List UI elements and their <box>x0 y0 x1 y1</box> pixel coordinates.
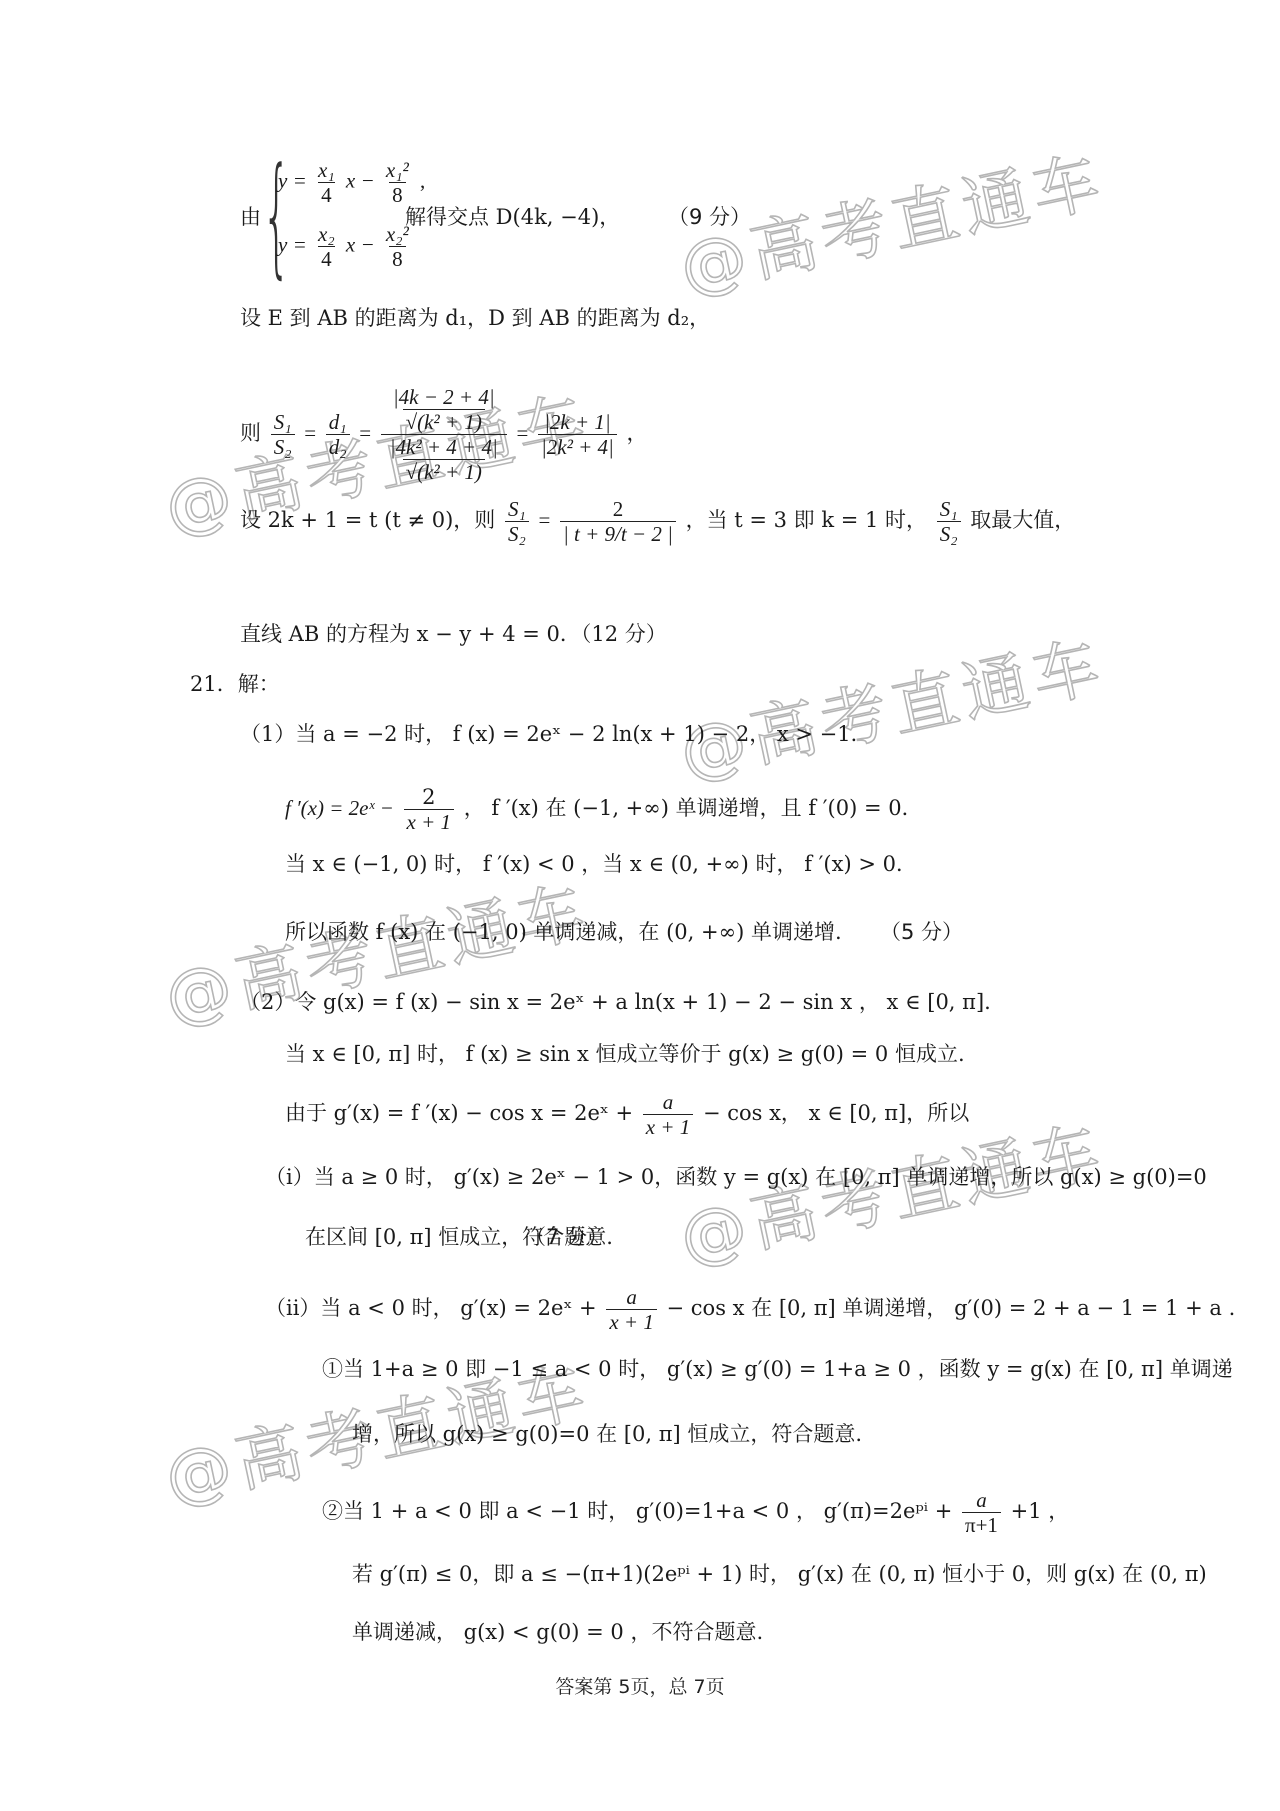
part2-line2: 当 x ∈ [0, π] 时， f (x) ≥ sin x 恒成立等价于 g(x… <box>285 1040 965 1068</box>
intersection-result: 解得交点 D(4k, −4)， <box>405 203 620 231</box>
system-lead: 由 <box>240 203 261 231</box>
part1-conclusion: 所以函数 f (x) 在 (−1, 0) 单调递减，在 (0, +∞) 单调递增… <box>285 918 842 946</box>
score-5: （5 分） <box>880 918 963 946</box>
subcase-1-line1: ①当 1+a ≥ 0 即 −1 ≤ a < 0 时， g′(x) ≥ g′(0)… <box>322 1355 1233 1383</box>
part1-sign: 当 x ∈ (−1, 0) 时， f ′(x) < 0 ，当 x ∈ (0, +… <box>285 850 917 878</box>
part1-line1: （1）当 a = −2 时， f (x) = 2eˣ − 2 ln(x + 1)… <box>240 720 872 748</box>
score-9: （9 分） <box>668 203 751 231</box>
case-i-line1: （i）当 a ≥ 0 时， g′(x) ≥ 2eˣ − 1 > 0，函数 y =… <box>265 1163 1207 1191</box>
score-7: （7 分） <box>525 1223 608 1251</box>
line-ab-equation: 直线 AB 的方程为 x − y + 4 = 0．（12 分） <box>240 620 667 648</box>
part2-derivative: 由于 g′(x) = f ′(x) − cos x = 2eˣ + ax + 1… <box>285 1090 969 1139</box>
equation-1: y = x₁4 x − x₁²8 , <box>278 158 425 207</box>
subcase-1-line2: 增，所以 g(x) ≥ g(0)=0 在 [0, π] 恒成立，符合题意. <box>352 1420 862 1448</box>
part2-line1: （2）令 g(x) = f (x) − sin x = 2eˣ + a ln(x… <box>240 988 991 1016</box>
subcase-2-line1: ②当 1 + a < 0 即 a < −1 时， g′(0)=1+a < 0 ，… <box>322 1488 1069 1537</box>
ratio-equation: 则 S₁S₂ = d₁d₂ = |4k − 2 + 4|√(k² + 1) |4… <box>240 385 648 484</box>
answer-page: @高考直通车 @高考直通车 @高考直通车 @高考直通车 @高考直通车 @高考直通… <box>0 0 1280 1811</box>
subcase-2-line3: 单调递减， g(x) < g(0) = 0 ，不符合题意. <box>352 1618 763 1646</box>
page-footer: 答案第 5页，总 7页 <box>0 1672 1280 1699</box>
part1-derivative: f ′(x) = 2eˣ − 2x + 1 ， f ′(x) 在 (−1, +∞… <box>285 785 923 834</box>
question-21-header: 21．解： <box>190 670 280 698</box>
substitution-t: 设 2k + 1 = t (t ≠ 0)，则 S₁S₂ = 2| t + 9/t… <box>240 497 1075 546</box>
subcase-2-line2: 若 g′(π) ≤ 0，即 a ≤ −(π+1)(2eᵖⁱ + 1) 时， g′… <box>352 1560 1207 1588</box>
case-ii-line1: （ii）当 a < 0 时， g′(x) = 2eˣ + ax + 1 − co… <box>265 1285 1235 1334</box>
distance-definition: 设 E 到 AB 的距离为 d₁，D 到 AB 的距离为 d₂， <box>240 304 710 332</box>
equation-2: y = x₂4 x − x₂²8 <box>278 222 415 271</box>
watermark: @高考直通车 <box>670 612 1112 795</box>
